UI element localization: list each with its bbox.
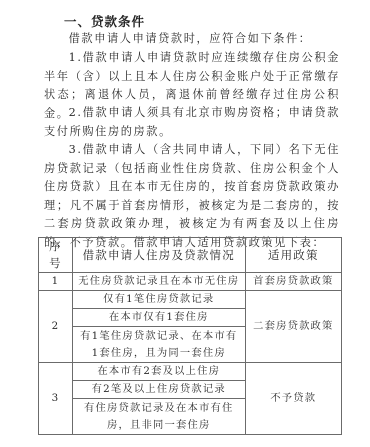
header-situation: 借款申请人住房及贷款情况 [72,238,245,273]
table-row: 3 在本市有2套及以上住房 不予贷款 [39,363,342,381]
row-policy: 二套房贷款政策 [245,291,341,363]
table-header-row: 序号 借款申请人住房及贷款情况 适用政策 [39,238,342,273]
condition-2: 2.借款申请人须具有北京市购房资格；申请贷款支付所购住房的房款。 [44,104,340,141]
table-row: 1 无住房贷款记录且在本市无住房 首套房贷款政策 [39,273,342,291]
header-policy: 适用政策 [245,238,341,273]
row-situation: 有1笔住房贷款记录、在本市有1套住房，且为同一套住房 [72,327,245,363]
header-no: 序号 [39,238,73,273]
row-policy: 首套房贷款政策 [245,273,341,291]
row-situation: 仅有1笔住房贷款记录 [72,291,245,309]
condition-3: 3.借款申请人（含共同申请人，下同）名下无住房贷款记录（包括商业性住房贷款、住房… [44,141,340,253]
section-heading: 一、贷款条件 [64,12,145,30]
row-situation: 在本市有2套及以上住房 [72,363,245,381]
row-no: 3 [39,363,73,435]
intro-paragraph: 借款申请人申请贷款时，应符合如下条件： [44,30,340,49]
row-no: 1 [39,273,73,291]
row-situation: 有2笔及以上住房贷款记录 [72,381,245,399]
loan-policy-table: 序号 借款申请人住房及贷款情况 适用政策 1 无住房贷款记录且在本市无住房 首套… [38,237,342,435]
row-policy: 不予贷款 [245,363,341,435]
row-situation: 在本市仅有1套住房 [72,309,245,327]
table-row: 2 仅有1笔住房贷款记录 二套房贷款政策 [39,291,342,309]
row-situation: 有住房贷款记录及在本市有住房，且非同一套住房 [72,399,245,435]
row-no: 2 [39,291,73,363]
row-situation: 无住房贷款记录且在本市无住房 [72,273,245,291]
